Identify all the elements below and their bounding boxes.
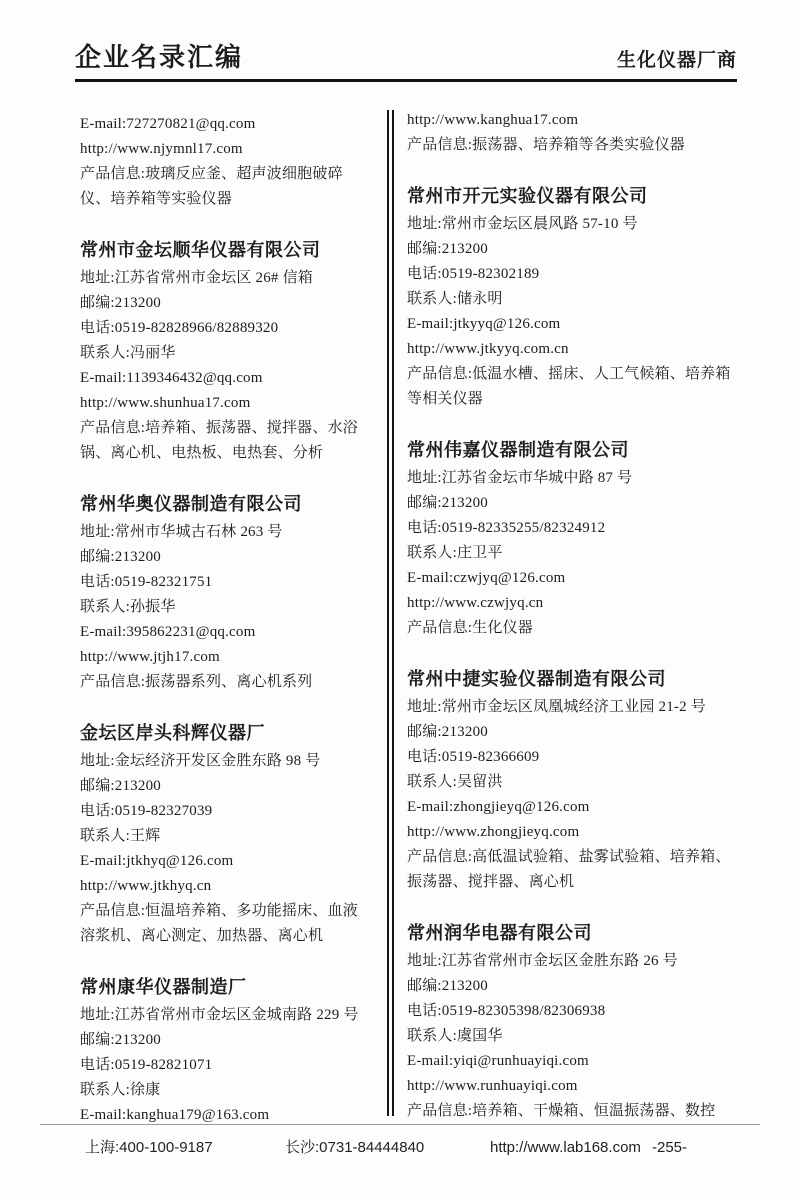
company-entry: 常州市金坛顺华仪器有限公司地址:江苏省常州市金坛区 26# 信箱邮编:21320…: [80, 237, 372, 466]
entry-line: 邮编:213200: [80, 545, 372, 570]
entry-line: E-mail:jtkhyq@126.com: [80, 849, 372, 874]
entry-line: 产品信息:培养箱、干燥箱、恒温振荡器、数控: [407, 1099, 745, 1124]
footer-website: http://www.lab168.com: [490, 1137, 641, 1159]
entry-line: 电话:0519-82321751: [80, 570, 372, 595]
entry-line: 地址:江苏省常州市金坛区金城南路 229 号: [80, 1003, 372, 1028]
entry-line: http://www.czwjyq.cn: [407, 591, 745, 616]
company-entry: 常州润华电器有限公司地址:江苏省常州市金坛区金胜东路 26 号邮编:213200…: [407, 920, 745, 1124]
company-name: 常州市开元实验仪器有限公司: [407, 183, 745, 210]
footer-page-number: -255-: [652, 1137, 687, 1159]
entry-line: E-mail:727270821@qq.com: [80, 112, 372, 137]
entry-line: 联系人:孙振华: [80, 595, 372, 620]
entry-line: http://www.njymnl17.com: [80, 137, 372, 162]
company-entry: 常州市开元实验仪器有限公司地址:常州市金坛区晨风路 57-10 号邮编:2132…: [407, 183, 745, 412]
entry-line: 产品信息:振荡器系列、离心机系列: [80, 670, 372, 695]
entry-line: 地址:江苏省常州市金坛区 26# 信箱: [80, 266, 372, 291]
company-name: 常州康华仪器制造厂: [80, 974, 372, 1001]
entry-line: 邮编:213200: [407, 974, 745, 999]
page-title: 企业名录汇编: [75, 44, 243, 70]
entry-line: 联系人:虞国华: [407, 1024, 745, 1049]
entry-line: http://www.runhuayiqi.com: [407, 1074, 745, 1099]
entry-line: 邮编:213200: [80, 291, 372, 316]
entry-line: 地址:常州市华城古石林 263 号: [80, 520, 372, 545]
entry-line: 联系人:吴留洪: [407, 770, 745, 795]
company-name: 常州润华电器有限公司: [407, 920, 745, 947]
right-column: http://www.kanghua17.com产品信息:振荡器、培养箱等各类实…: [407, 108, 745, 1149]
entry-line: http://www.jtkyyq.com.cn: [407, 337, 745, 362]
company-entry: 常州中捷实验仪器制造有限公司地址:常州市金坛区凤凰城经济工业园 21-2 号邮编…: [407, 666, 745, 895]
entry-line: 电话:0519-82828966/82889320: [80, 316, 372, 341]
company-name: 常州市金坛顺华仪器有限公司: [80, 237, 372, 264]
entry-line: 联系人:储永明: [407, 287, 745, 312]
entry-line: 联系人:冯丽华: [80, 341, 372, 366]
entry-line: 电话:0519-82335255/82324912: [407, 516, 745, 541]
company-entry: http://www.kanghua17.com产品信息:振荡器、培养箱等各类实…: [407, 108, 745, 158]
footer-shanghai-phone: 上海:400-100-9187: [85, 1137, 213, 1159]
company-name: 金坛区岸头科辉仪器厂: [80, 720, 372, 747]
entry-line: 电话:0519-82327039: [80, 799, 372, 824]
entry-line: 电话:0519-82821071: [80, 1053, 372, 1078]
company-entry: 常州伟嘉仪器制造有限公司地址:江苏省金坛市华城中路 87 号邮编:213200电…: [407, 437, 745, 641]
entry-line: E-mail:czwjyq@126.com: [407, 566, 745, 591]
page-header: 企业名录汇编 生化仪器厂商: [75, 44, 737, 82]
company-entry: E-mail:727270821@qq.comhttp://www.njymnl…: [80, 112, 372, 212]
entry-line: 产品信息:恒温培养箱、多功能摇床、血液溶浆机、离心测定、加热器、离心机: [80, 899, 372, 949]
entry-line: E-mail:zhongjieyq@126.com: [407, 795, 745, 820]
entry-line: http://www.kanghua17.com: [407, 108, 745, 133]
company-entry: 金坛区岸头科辉仪器厂地址:金坛经济开发区金胜东路 98 号邮编:213200电话…: [80, 720, 372, 949]
entry-line: 联系人:王辉: [80, 824, 372, 849]
entry-line: E-mail:yiqi@runhuayiqi.com: [407, 1049, 745, 1074]
company-entry: 常州华奥仪器制造有限公司地址:常州市华城古石林 263 号邮编:213200电话…: [80, 491, 372, 695]
entry-line: 产品信息:玻璃反应釜、超声波细胞破碎仪、培养箱等实验仪器: [80, 162, 372, 212]
entry-line: 邮编:213200: [407, 491, 745, 516]
entry-line: 邮编:213200: [80, 774, 372, 799]
company-entry: 常州康华仪器制造厂地址:江苏省常州市金坛区金城南路 229 号邮编:213200…: [80, 974, 372, 1128]
entry-line: 产品信息:低温水槽、摇床、人工气候箱、培养箱等相关仪器: [407, 362, 745, 412]
entry-line: 电话:0519-82305398/82306938: [407, 999, 745, 1024]
entry-line: E-mail:jtkyyq@126.com: [407, 312, 745, 337]
footer-changsha-phone: 长沙:0731-84444840: [285, 1137, 424, 1159]
footer-rule: [40, 1124, 760, 1125]
entry-line: 邮编:213200: [407, 720, 745, 745]
entry-line: 地址:常州市金坛区凤凰城经济工业园 21-2 号: [407, 695, 745, 720]
entry-line: http://www.zhongjieyq.com: [407, 820, 745, 845]
company-name: 常州中捷实验仪器制造有限公司: [407, 666, 745, 693]
company-name: 常州华奥仪器制造有限公司: [80, 491, 372, 518]
entry-line: 地址:金坛经济开发区金胜东路 98 号: [80, 749, 372, 774]
entry-line: 地址:江苏省金坛市华城中路 87 号: [407, 466, 745, 491]
entry-line: 地址:江苏省常州市金坛区金胜东路 26 号: [407, 949, 745, 974]
entry-line: http://www.jtjh17.com: [80, 645, 372, 670]
entry-line: 联系人:庄卫平: [407, 541, 745, 566]
company-name: 常州伟嘉仪器制造有限公司: [407, 437, 745, 464]
directory-page: 企业名录汇编 生化仪器厂商 E-mail:727270821@qq.comhtt…: [0, 0, 800, 1200]
entry-line: 产品信息:高低温试验箱、盐雾试验箱、培养箱、振荡器、搅拌器、离心机: [407, 845, 745, 895]
page-category: 生化仪器厂商: [617, 51, 737, 70]
entry-line: 邮编:213200: [407, 237, 745, 262]
entry-line: 邮编:213200: [80, 1028, 372, 1053]
entry-line: http://www.jtkhyq.cn: [80, 874, 372, 899]
entry-line: E-mail:395862231@qq.com: [80, 620, 372, 645]
entry-line: 产品信息:培养箱、振荡器、搅拌器、水浴锅、离心机、电热板、电热套、分析: [80, 416, 372, 466]
entry-line: http://www.shunhua17.com: [80, 391, 372, 416]
left-column: E-mail:727270821@qq.comhttp://www.njymnl…: [80, 112, 372, 1153]
entry-line: 产品信息:振荡器、培养箱等各类实验仪器: [407, 133, 745, 158]
column-divider: [387, 110, 394, 1116]
entry-line: 联系人:徐康: [80, 1078, 372, 1103]
entry-line: E-mail:1139346432@qq.com: [80, 366, 372, 391]
entry-line: 电话:0519-82302189: [407, 262, 745, 287]
entry-line: 产品信息:生化仪器: [407, 616, 745, 641]
entry-line: 电话:0519-82366609: [407, 745, 745, 770]
entry-line: 地址:常州市金坛区晨风路 57-10 号: [407, 212, 745, 237]
